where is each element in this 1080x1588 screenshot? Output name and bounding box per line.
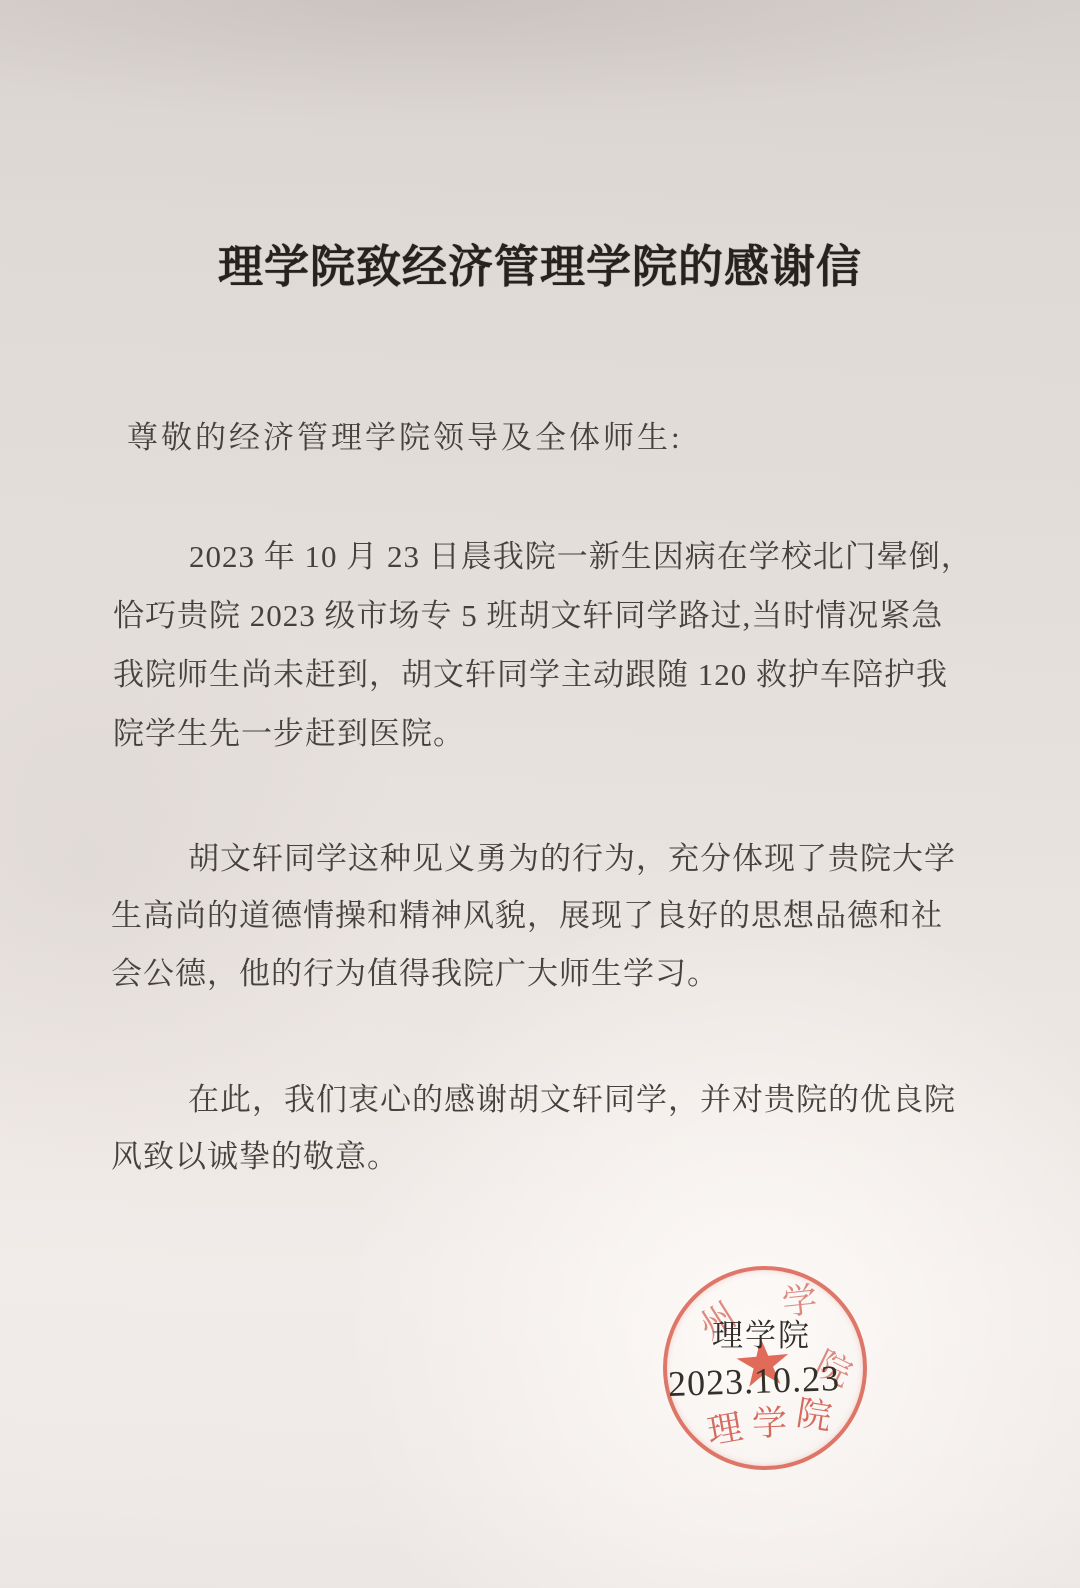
- body-line: 恰巧贵院 2023 级市场专 5 班胡文轩同学路过,当时情况紧急: [113, 590, 943, 635]
- signature-name: 理学院: [712, 1310, 811, 1355]
- body-line: 风致以诚挚的敬意。: [111, 1131, 399, 1176]
- body-line: 2023 年 10 月 23 日晨我院一新生因病在学校北门晕倒，: [189, 531, 973, 576]
- body-line: 院学生先一步赶到医院。: [113, 708, 465, 753]
- letter-title: 理学院致经济管理学院的感谢信: [218, 230, 862, 295]
- signature-date: 2023.10.23: [667, 1357, 840, 1405]
- seal-bottom-char: 学: [751, 1395, 788, 1446]
- body-line: 胡文轩同学这种见义勇为的行为，充分体现了贵院大学: [188, 833, 956, 878]
- body-line: 在此，我们衷心的感谢胡文轩同学，并对贵院的优良院: [188, 1074, 956, 1119]
- body-line: 会公德，他的行为值得我院广大师生学习。: [111, 948, 719, 993]
- letter-page: 理学院致经济管理学院的感谢信 尊敬的经济管理学院领导及全体师生: 2023 年 …: [0, 0, 1080, 1588]
- salutation: 尊敬的经济管理学院领导及全体师生:: [127, 412, 683, 457]
- body-line: 我院师生尚未赶到，胡文轩同学主动跟随 120 救护车陪护我: [113, 649, 948, 694]
- body-line: 生高尚的道德情操和精神风貌，展现了良好的思想品德和社: [111, 890, 943, 935]
